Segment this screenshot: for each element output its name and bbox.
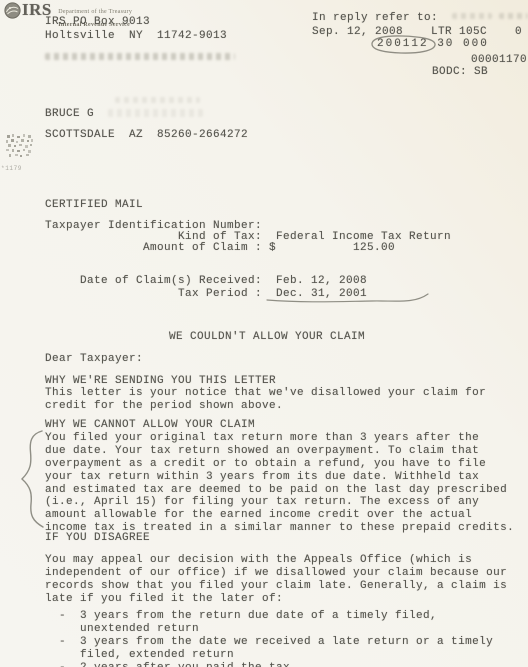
return-address: IRS PO Box 9013 Holtsville NY 11742-9013 bbox=[45, 16, 227, 43]
redaction-smudge-return-address bbox=[45, 53, 235, 60]
certified-mail-label: CERTIFIED MAIL bbox=[45, 199, 143, 212]
reply-refer-label: In reply refer to: bbox=[312, 12, 438, 25]
redaction-smudge-reply-2 bbox=[499, 13, 528, 19]
dln-rest: 30 000 bbox=[429, 38, 489, 50]
irs-eagle-logo bbox=[4, 2, 21, 19]
dln-line: 200112 30 000 bbox=[377, 38, 489, 51]
deadline-list: - 3 years from the return due date of a … bbox=[45, 610, 493, 667]
dept-line1: Department of the Treasury bbox=[58, 9, 132, 15]
recipient-name: BRUCE G bbox=[45, 108, 94, 121]
redaction-smudge-recipient-2 bbox=[108, 109, 203, 117]
edge-print-number: *1179 bbox=[1, 166, 22, 172]
bodc-code: BODC: SB bbox=[432, 66, 488, 79]
salutation: Dear Taxpayer: bbox=[45, 353, 143, 366]
section-why-sending: WHY WE'RE SENDING YOU THIS LETTER This l… bbox=[45, 375, 486, 412]
pen-brace-annotation bbox=[22, 431, 43, 527]
section-if-you-disagree-heading: IF YOU DISAGREE bbox=[45, 532, 150, 545]
scanned-irs-letter-page: IRS Department of the Treasury Internal … bbox=[0, 0, 528, 667]
section-if-you-disagree-body: You may appeal our decision with the App… bbox=[45, 554, 507, 606]
section-why-cannot: WHY WE CANNOT ALLOW YOUR CLAIM You filed… bbox=[45, 419, 514, 535]
redaction-smudge-recipient-1 bbox=[115, 97, 200, 103]
dln-circled-number: 200112 bbox=[377, 38, 429, 50]
recipient-city-line: SCOTTSDALE AZ 85260-2664272 bbox=[45, 129, 248, 142]
datamatrix-barcode bbox=[6, 134, 34, 158]
redaction-smudge-reply-1 bbox=[452, 13, 492, 19]
letter-title: WE COULDN'T ALLOW YOUR CLAIM bbox=[169, 331, 365, 344]
claim-dates-block: Date of Claim(s) Received: Feb. 12, 2008… bbox=[45, 275, 367, 301]
claim-info-block: Taxpayer Identification Number: Kind of … bbox=[45, 221, 451, 254]
